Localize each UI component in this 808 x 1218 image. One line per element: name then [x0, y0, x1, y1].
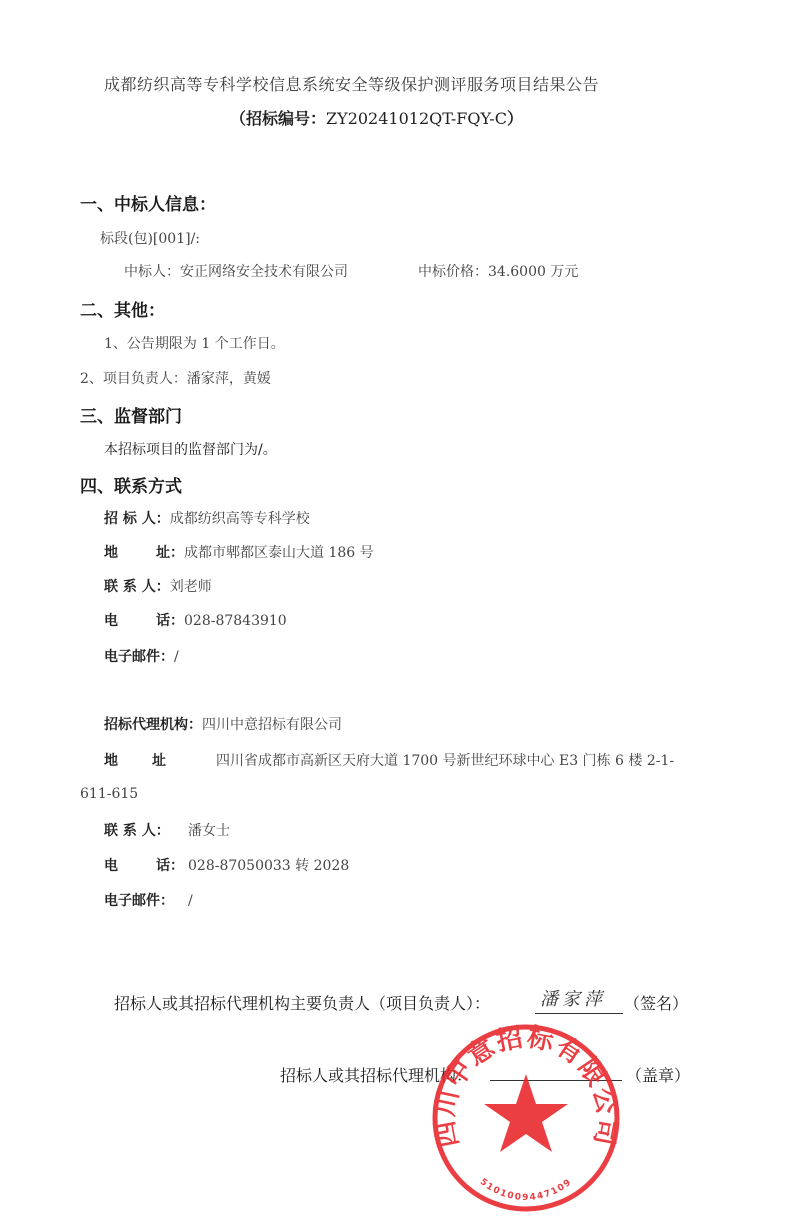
tenderer-phone-label-b: 话： [156, 613, 184, 629]
agency-email: / [188, 893, 193, 909]
tenderer-phone: 028-87843910 [184, 613, 287, 629]
tender-number-suffix: ） [507, 109, 523, 128]
section1-heading: 一、中标人信息： [80, 190, 216, 215]
agency-name-row: 招标代理机构：四川中意招标有限公司 [104, 714, 342, 734]
agency-address-line2: 611-615 [80, 786, 138, 802]
handwritten-signature: 潘家萍 [540, 985, 606, 1011]
tender-number-line: （招标编号：ZY20241012QT-FQY-C） [230, 106, 523, 129]
agency-contact: 潘女士 [188, 823, 230, 839]
document-title: 成都纺织高等专科学校信息系统安全等级保护测评服务项目结果公告 [104, 72, 599, 95]
star-icon [484, 1074, 568, 1152]
lot-label: 标段(包)[001]/: [100, 228, 200, 248]
tenderer-contact: 刘老师 [170, 579, 212, 595]
tenderer-address-label-a: 地 [104, 542, 156, 562]
section4-heading: 四、联系方式 [80, 472, 182, 497]
agency-name: 四川中意招标有限公司 [202, 717, 342, 733]
seal-suffix: （盖章） [626, 1063, 690, 1086]
tenderer-name-label: 招 标 人： [104, 511, 170, 527]
price-label: 中标价格： [418, 264, 488, 280]
other-item-2: 2、项目负责人：潘家萍，黄媛 [80, 368, 271, 388]
tenderer-address: 成都市郫都区泰山大道 186 号 [184, 545, 374, 561]
tenderer-email: / [174, 649, 179, 665]
agency-contact-label: 联 系 人： [104, 820, 188, 840]
tenderer-contact-row: 联 系 人：刘老师 [104, 576, 212, 596]
signature-suffix: （签名） [624, 991, 688, 1014]
tenderer-contact-label: 联 系 人： [104, 579, 170, 595]
tenderer-name: 成都纺织高等专科学校 [170, 511, 310, 527]
agency-email-label: 电子邮件： [104, 890, 188, 910]
section3-heading: 三、监督部门 [80, 402, 182, 427]
price-row: 中标价格：34.6000 万元 [418, 261, 578, 281]
other-item-1: 1、公告期限为 1 个工作日。 [104, 333, 285, 353]
tenderer-phone-row: 电话：028-87843910 [104, 610, 287, 630]
price-value: 34.6000 万元 [488, 264, 578, 280]
company-seal-stamp: 四川中意招标有限公司 5101009447109 [428, 1022, 624, 1218]
agency-phone-label-b: 话： [156, 855, 188, 875]
agency-phone: 028-87050033 转 2028 [188, 858, 349, 874]
agency-phone-label-a: 电 [104, 855, 156, 875]
agency-contact-row: 联 系 人：潘女士 [104, 820, 230, 840]
agency-address-label-b: 址 [152, 750, 216, 770]
agency-phone-row: 电话：028-87050033 转 2028 [104, 855, 349, 875]
tenderer-email-row: 电子邮件：/ [104, 646, 179, 666]
signature-label: 招标人或其招标代理机构主要负责人（项目负责人）： [114, 991, 490, 1014]
agency-address-row: 地址四川省成都市高新区天府大道 1700 号新世纪环球中心 E3 门栋 6 楼 … [104, 750, 674, 770]
signature-underline [535, 1013, 623, 1014]
section2-heading: 二、其他： [80, 296, 165, 321]
tender-number: ZY20241012QT-FQY-C [326, 109, 507, 128]
winner-label: 中标人： [124, 264, 180, 280]
tenderer-address-label-b: 址： [156, 545, 184, 561]
agency-email-row: 电子邮件：/ [104, 890, 193, 910]
winner-name: 安正网络安全技术有限公司 [180, 264, 348, 280]
agency-name-label: 招标代理机构： [104, 717, 202, 733]
agency-address-label-a: 地 [104, 750, 152, 770]
agency-address-line1: 四川省成都市高新区天府大道 1700 号新世纪环球中心 E3 门栋 6 楼 2-… [216, 753, 674, 769]
tenderer-name-row: 招 标 人：成都纺织高等专科学校 [104, 508, 310, 528]
tender-number-prefix: （招标编号： [230, 109, 326, 128]
winner-row: 中标人：安正网络安全技术有限公司 [124, 261, 348, 281]
tenderer-phone-label-a: 电 [104, 610, 156, 630]
tenderer-email-label: 电子邮件： [104, 649, 174, 665]
svg-text:5101009447109: 5101009447109 [478, 1177, 575, 1203]
tenderer-address-row: 地址：成都市郫都区泰山大道 186 号 [104, 542, 374, 562]
supervision-text: 本招标项目的监督部门为/。 [104, 439, 277, 459]
